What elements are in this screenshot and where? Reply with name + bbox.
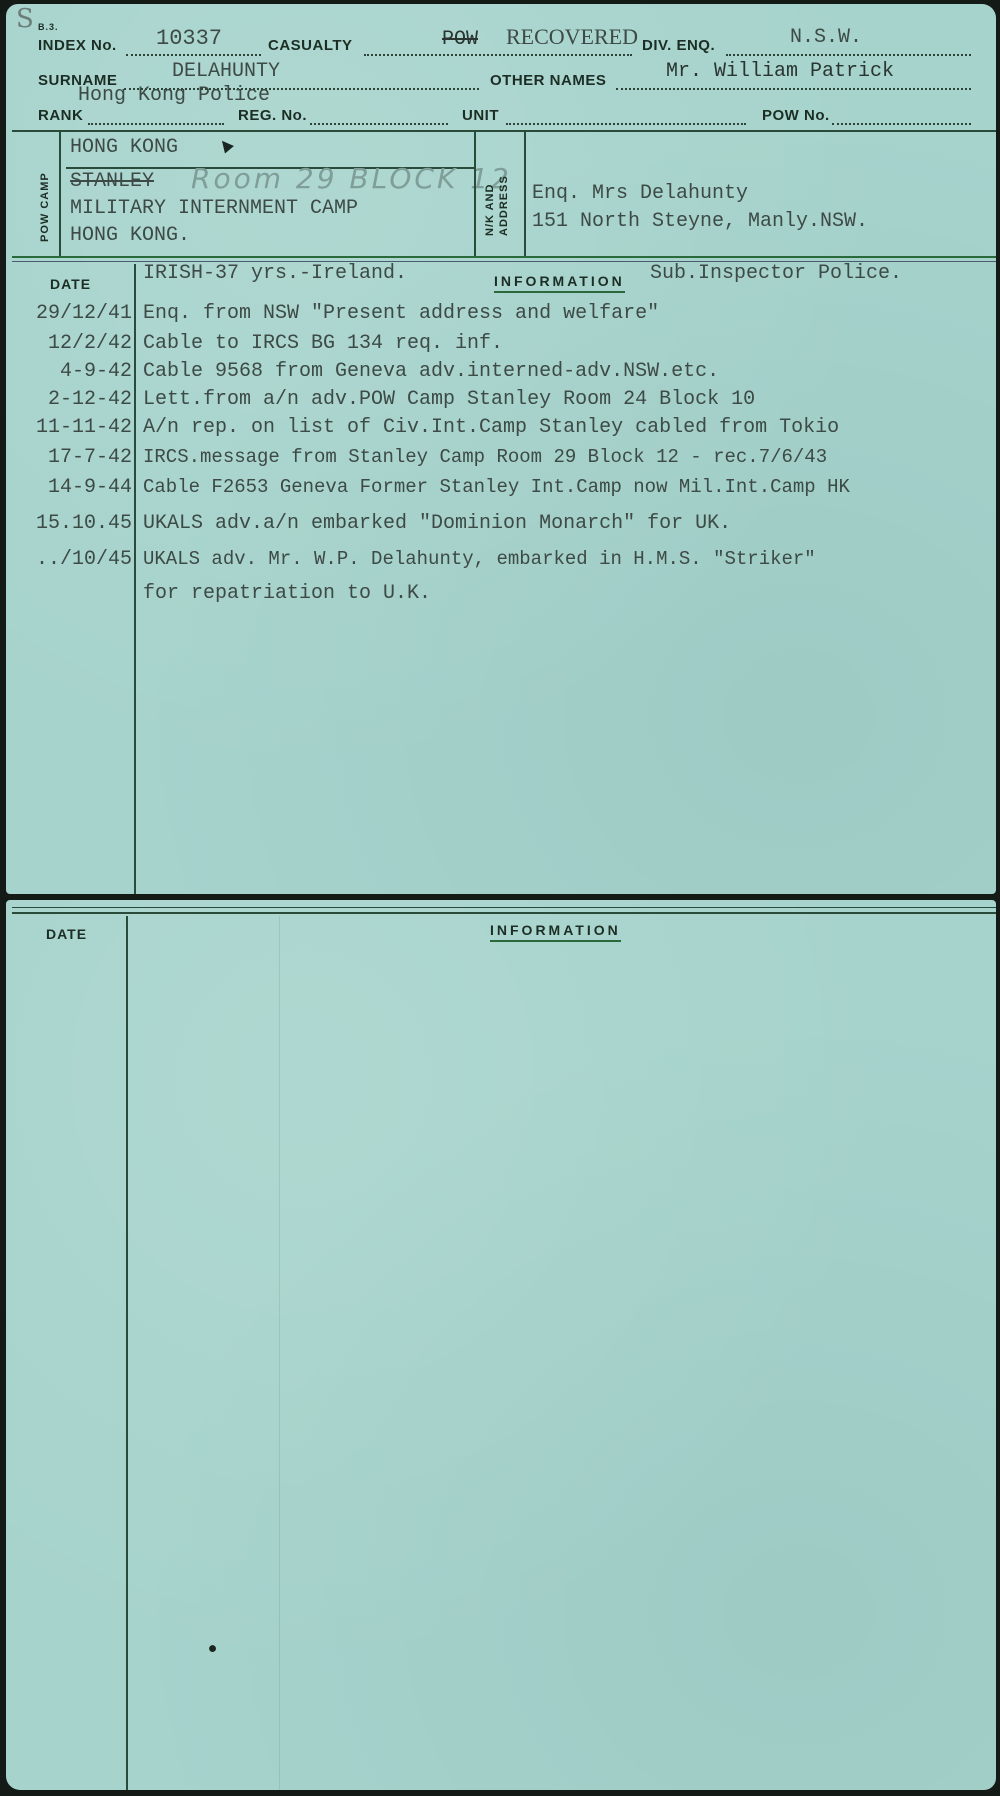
- back-date-column-divider: [126, 916, 128, 1790]
- date-column-divider: [134, 264, 136, 894]
- log-entry-text: Cable 9568 from Geneva adv.interned-adv.…: [143, 360, 719, 383]
- nk-line-2: 151 North Steyne, Manly.NSW.: [532, 210, 868, 233]
- index-no-label: INDEX No.: [38, 37, 117, 54]
- log-entry-text: Lett.from a/n adv.POW Camp Stanley Room …: [143, 388, 755, 411]
- log-entry-date: 11-11-42: [14, 416, 132, 439]
- casualty-struck-value: POW: [442, 28, 478, 51]
- nk-label-2: ADDRESS: [498, 175, 510, 236]
- rank-label: RANK: [38, 107, 83, 124]
- other-names-value: Mr. William Patrick: [666, 60, 894, 83]
- header-divider: [12, 130, 996, 132]
- index-no-value: 10337: [156, 26, 222, 51]
- record-card-front: S B.3. INDEX No. 10337 CASUALTY POW RECO…: [6, 4, 996, 894]
- casualty-label: CASUALTY: [268, 37, 353, 54]
- other-names-label: OTHER NAMES: [490, 72, 606, 89]
- log-entry-text: Enq. from NSW "Present address and welfa…: [143, 302, 659, 325]
- log-entry-text: Cable F2653 Geneva Former Stanley Int.Ca…: [143, 476, 850, 498]
- div-enq-value: N.S.W.: [790, 26, 862, 49]
- log-entry-date: 15.10.45: [14, 512, 132, 535]
- log-entry-date: 4-9-42: [14, 360, 132, 383]
- surname-value: DELAHUNTY: [172, 60, 280, 83]
- nk-label-1: N/K AND: [484, 184, 496, 236]
- log-entry-text: for repatriation to U.K.: [143, 582, 431, 605]
- ink-spot: ●: [204, 1639, 221, 1659]
- log-entry-date: 17-7-42: [14, 446, 132, 469]
- unit-note: Hong Kong Police: [78, 84, 270, 107]
- pow-camp-line-2-struck: STANLEY: [70, 170, 154, 193]
- form-code: B.3.: [38, 22, 59, 32]
- ink-mark: ▲: [211, 130, 241, 160]
- log-entry-date: 14-9-44: [14, 476, 132, 499]
- pencil-room-note: Room 29 BLOCK 12: [191, 162, 512, 195]
- back-double-rule: [12, 912, 996, 914]
- log-entry-text: UKALS adv.a/n embarked "Dominion Monarch…: [143, 512, 731, 535]
- log-entry-date: 12/2/42: [14, 332, 132, 355]
- log-entry-date: 2-12-42: [14, 388, 132, 411]
- pow-no-label: POW No.: [762, 107, 830, 124]
- date-header: DATE: [50, 276, 91, 292]
- double-rule-top: [12, 256, 996, 258]
- reg-no-label: REG. No.: [238, 107, 307, 124]
- record-card-back: DATE INFORMATION ●: [6, 900, 996, 1790]
- nk-line-1: Enq. Mrs Delahunty: [532, 182, 748, 205]
- back-date-header: DATE: [46, 926, 87, 942]
- information-header: INFORMATION: [494, 273, 625, 293]
- log-entry-text: IRCS.message from Stanley Camp Room 29 B…: [143, 446, 827, 468]
- pow-camp-line-4: HONG KONG.: [70, 224, 190, 247]
- log-entry-text: UKALS adv. Mr. W.P. Delahunty, embarked …: [143, 548, 816, 570]
- info-pre-note: IRISH-37 yrs.-Ireland.: [143, 262, 407, 285]
- unit-label: UNIT: [462, 107, 499, 124]
- log-entry-date: 29/12/41: [14, 302, 132, 325]
- div-enq-label: DIV. ENQ.: [642, 37, 715, 54]
- pow-camp-line-3: MILITARY INTERNMENT CAMP: [70, 197, 358, 220]
- pow-camp-line-1: HONG KONG: [70, 136, 178, 159]
- corner-mark: S: [16, 4, 34, 34]
- log-entry-date: ../10/45: [14, 548, 132, 571]
- back-information-header: INFORMATION: [490, 922, 621, 942]
- pow-camp-label: POW CAMP: [39, 172, 51, 242]
- info-post-note: Sub.Inspector Police.: [650, 262, 902, 285]
- log-entry-text: Cable to IRCS BG 134 req. inf.: [143, 332, 503, 355]
- log-entry-text: A/n rep. on list of Civ.Int.Camp Stanley…: [143, 416, 839, 439]
- casualty-value: RECOVERED: [506, 24, 638, 50]
